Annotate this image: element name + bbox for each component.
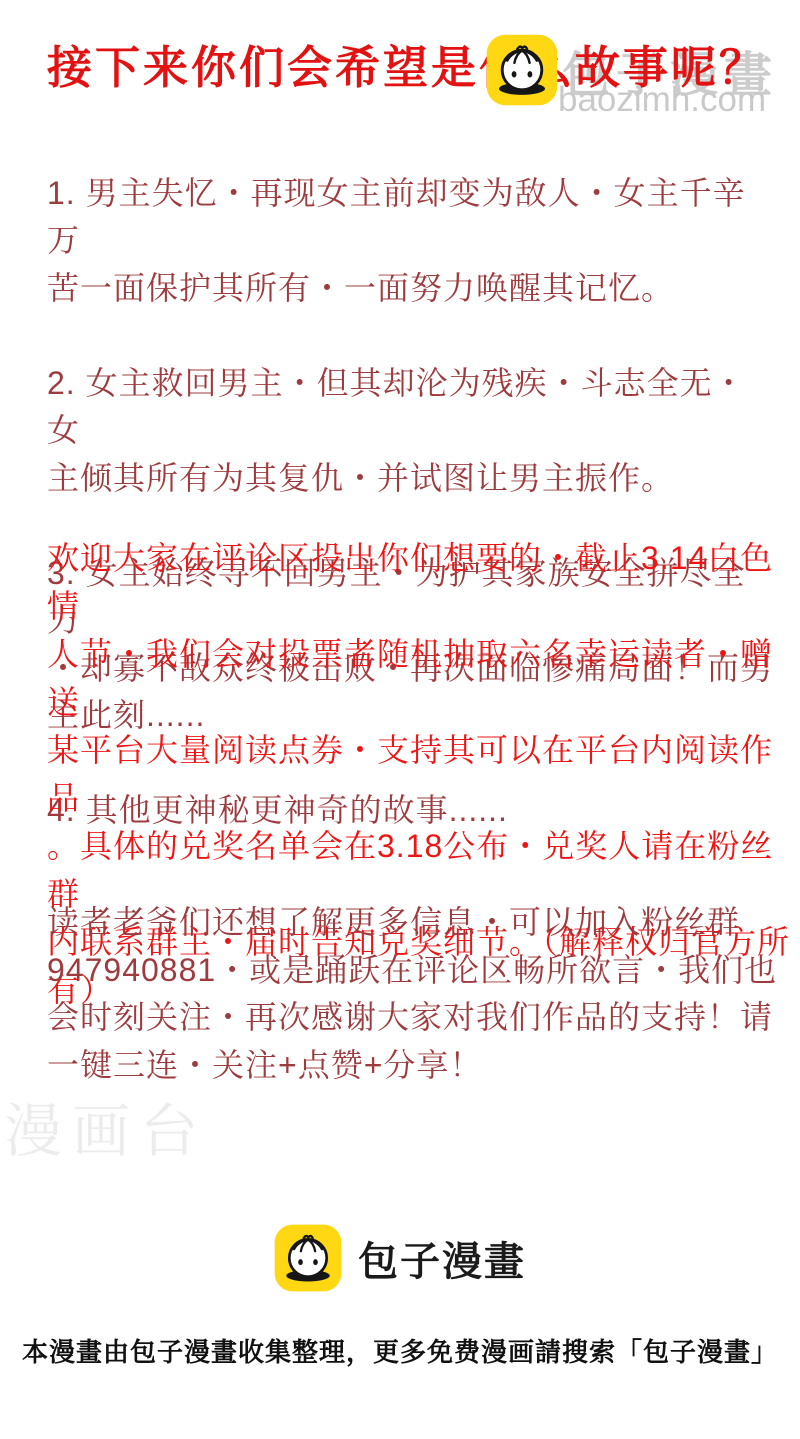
story-option-1: 1. 男主失忆・再现女主前却变为敌人・女主千辛万 苦一面保护其所有・一面努力唤醒… [47, 170, 777, 313]
story-option-2: 2. 女主救回男主・但其却沦为残疾・斗志全无・女 主倾其所有为其复仇・并试图让男… [47, 360, 777, 503]
baozi-bun-icon [486, 30, 558, 110]
page-watermark-text: 漫画台 [4, 1084, 208, 1168]
brand-logo: 包子漫畫 [0, 1222, 800, 1294]
fan-group-paragraph: 读者老爷们还想了解更多信息・可以加入粉丝群 947940881・或是踊跃在评论区… [47, 899, 791, 1089]
brand-logo-name: 包子漫畫 [358, 1230, 526, 1287]
footer-notice: 本漫畫由包子漫畫收集整理，更多免费漫画請搜索「包子漫畫」 [0, 1332, 800, 1369]
page-title: 接下来你们会希望是什么故事呢？ [47, 31, 767, 96]
comic-announcement-page: 包子漫畫 baozimh.com 接下来你们会希望是什么故事呢？ 1. 男主失忆… [0, 0, 800, 1439]
baozi-bun-logo-icon [274, 1222, 342, 1294]
